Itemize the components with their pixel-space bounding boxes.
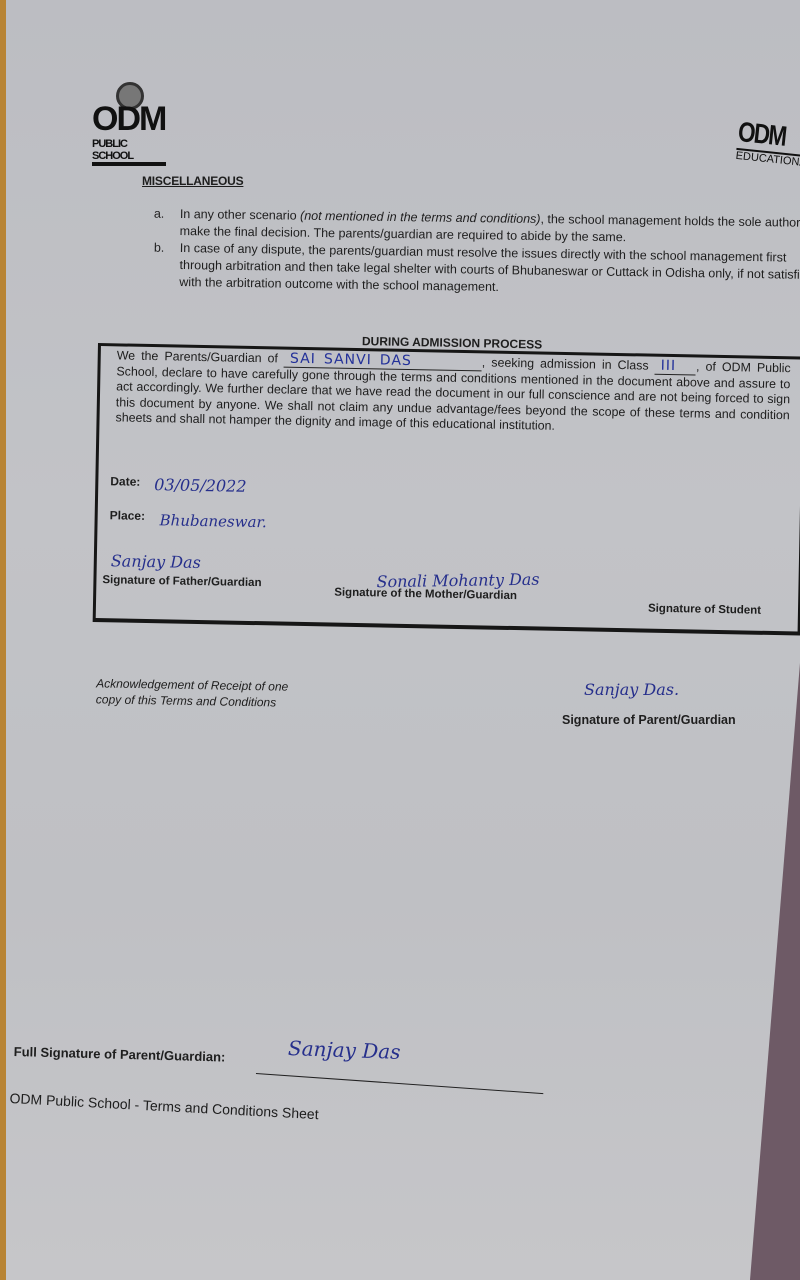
date-value[interactable]: 03/05/2022 bbox=[154, 475, 247, 496]
clause-text: In any other scenario bbox=[180, 207, 300, 223]
signature-line bbox=[256, 1073, 543, 1094]
admission-declaration-box: DURING ADMISSION PROCESS We the Parents/… bbox=[93, 343, 800, 636]
logo-left-subtitle: PUBLIC SCHOOL bbox=[92, 138, 166, 166]
clause-b: b. In case of any dispute, the parents/g… bbox=[179, 240, 800, 301]
footer-text: ODM Public School - Terms and Conditions… bbox=[9, 1090, 319, 1122]
class-field[interactable]: III bbox=[654, 358, 696, 376]
ack-signature[interactable]: Sanjay Das. bbox=[584, 680, 679, 699]
mother-signature-label: Signature of the Mother/Guardian bbox=[334, 587, 517, 603]
odm-educational-logo: ODM EDUCATIONAL bbox=[733, 116, 800, 194]
page-mark: i bbox=[783, 1142, 785, 1153]
place-value[interactable]: Bhubaneswar. bbox=[159, 511, 267, 531]
section-heading: MISCELLANEOUS bbox=[142, 174, 243, 188]
odm-public-school-logo: ODM PUBLIC SCHOOL bbox=[90, 82, 166, 160]
ack-signature-label: Signature of Parent/Guardian bbox=[562, 713, 736, 727]
clause-marker: a. bbox=[154, 206, 165, 223]
declaration-text: We the Parents/Guardian of SAI SANVI DAS… bbox=[115, 348, 790, 439]
background-edge bbox=[0, 0, 7, 1280]
logo-left-name: ODM bbox=[92, 100, 165, 139]
clause-text: In case of any dispute, the parents/guar… bbox=[179, 241, 800, 294]
declaration-part: We the Parents/Guardian of bbox=[117, 348, 285, 365]
clause-marker: b. bbox=[154, 240, 165, 257]
acknowledgement-text: Acknowledgement of Receipt of one copy o… bbox=[96, 675, 289, 710]
logo-right-name: ODM bbox=[737, 116, 800, 155]
full-signature-label: Full Signature of Parent/Guardian: bbox=[14, 1044, 226, 1065]
father-signature[interactable]: Sanjay Das bbox=[111, 551, 201, 572]
full-signature-value[interactable]: Sanjay Das bbox=[288, 1036, 401, 1064]
father-signature-label: Signature of Father/Guardian bbox=[102, 574, 261, 589]
declaration-part: , seeking admission in Class bbox=[482, 355, 655, 372]
date-label: Date: bbox=[110, 474, 140, 489]
ack-line: copy of this Terms and Conditions bbox=[96, 691, 288, 710]
place-label: Place: bbox=[110, 508, 146, 523]
student-signature-label: Signature of Student bbox=[648, 603, 761, 617]
document-page: ODM PUBLIC SCHOOL ODM EDUCATIONAL MISCEL… bbox=[6, 0, 800, 1280]
clause-text-italic: (not mentioned in the terms and conditio… bbox=[300, 209, 541, 226]
